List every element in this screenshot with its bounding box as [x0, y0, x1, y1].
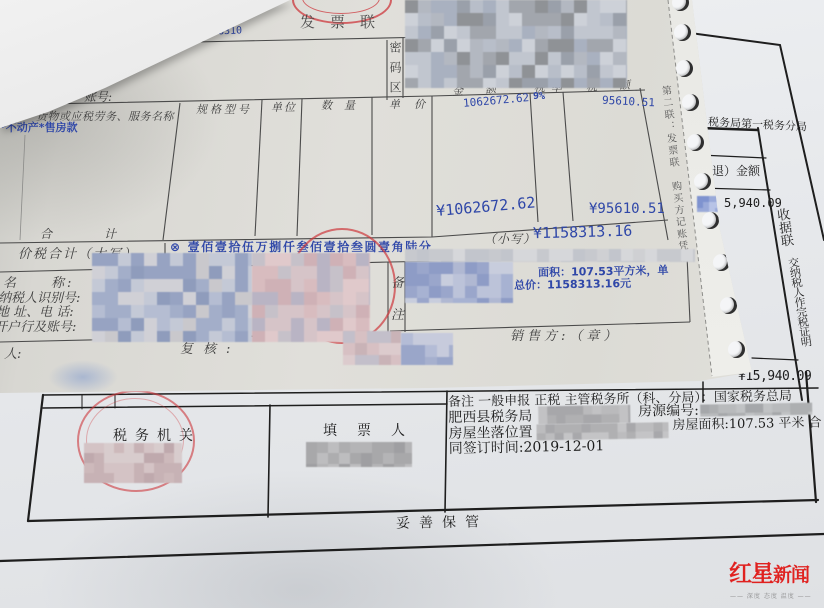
mosaic-tile	[183, 279, 196, 292]
mosaic-tile	[513, 249, 525, 261]
remarks-line-2: 总价：1158313.16元	[514, 278, 631, 291]
mosaic-tile	[561, 65, 574, 78]
mosaic-tile	[561, 249, 573, 261]
mosaic-tile	[465, 274, 477, 286]
mosaic-tile	[522, 78, 535, 88]
mosaic-tile	[304, 318, 317, 331]
mosaic-tile	[587, 26, 600, 39]
mosaic-tile	[429, 298, 441, 303]
mosaic-tile	[644, 422, 653, 431]
mosaic-tile	[209, 253, 222, 266]
mosaic-tile	[583, 414, 592, 423]
ink-smudge	[48, 360, 118, 394]
mosaic-tile	[574, 78, 587, 88]
mosaic-tile	[131, 292, 144, 305]
mosaic-tile	[808, 403, 812, 412]
mosaic-tile	[304, 266, 317, 279]
mosaic-tile	[444, 52, 457, 65]
mosaic-tile	[587, 52, 600, 65]
mosaic-tile	[317, 292, 330, 305]
mosaic-tile	[600, 65, 613, 78]
mosaic-tile	[330, 266, 343, 279]
mosaic-tile	[235, 331, 248, 342]
mosaic-tile	[609, 432, 618, 440]
mosaic-tile	[574, 0, 587, 13]
mosaic-tile	[170, 253, 183, 266]
mosaic-tile	[431, 26, 444, 39]
mosaic-tile	[587, 39, 600, 52]
mosaic-tile	[626, 39, 627, 52]
mosaic-tile	[626, 78, 627, 88]
mosaic-tile	[465, 286, 477, 298]
mosaic-tile	[457, 26, 470, 39]
mosaic-tile	[561, 26, 574, 39]
mosaic-tile	[417, 286, 429, 298]
mosaic-tile	[330, 318, 343, 331]
mosaic-tile	[636, 432, 645, 441]
mosaic-tile	[144, 318, 157, 331]
mosaic-tile	[183, 266, 196, 279]
mosaic-tile	[304, 253, 317, 266]
remarks-label-2: 注	[391, 309, 404, 322]
col-spec: 规格型号	[196, 104, 252, 115]
mosaic-tile	[561, 39, 574, 52]
mosaic-tile	[92, 266, 105, 279]
mosaic-tile	[369, 279, 370, 292]
mosaic-tile	[535, 65, 548, 78]
mosaic-tile	[657, 249, 669, 261]
mosaic-tile	[369, 305, 370, 318]
mosaic-tile	[574, 26, 587, 39]
mosaic-tile	[405, 78, 418, 88]
mosaic-tile	[330, 331, 343, 342]
mosaic-tile	[252, 266, 265, 279]
mosaic-tile	[144, 292, 157, 305]
mosaic-tile	[601, 405, 610, 414]
mosaic-tile	[587, 0, 600, 13]
mosaic-tile	[790, 403, 799, 412]
buyer-account-label: 账号:	[84, 91, 112, 103]
mosaic-tile	[222, 331, 235, 342]
mosaic-tile	[317, 331, 330, 342]
mosaic-tile	[183, 318, 196, 331]
mosaic-tile	[613, 65, 626, 78]
mosaic-tile	[574, 52, 587, 65]
mosaic-tile	[170, 292, 183, 305]
remarks-line-2-prefix: 肥西县税务局	[448, 410, 532, 425]
mosaic-tile	[585, 249, 597, 261]
mosaic-tile	[718, 413, 727, 416]
mosaic-tile	[587, 13, 600, 26]
mosaic-tile	[501, 274, 513, 286]
mosaic-tile	[573, 249, 585, 261]
mosaic-tile	[183, 331, 196, 342]
mosaic-tile	[304, 331, 317, 342]
mosaic-tile	[413, 333, 425, 345]
mosaic-tile	[548, 52, 561, 65]
mosaic-tile	[144, 305, 157, 318]
mosaic-tile	[196, 318, 209, 331]
mosaic-tile	[265, 253, 278, 266]
mosaic-tile	[489, 274, 501, 286]
mosaic-tile	[144, 331, 157, 342]
mosaic-tile	[549, 249, 561, 261]
mosaic-tile	[565, 406, 574, 415]
mosaic-tile	[609, 249, 621, 261]
mosaic-tile	[157, 292, 170, 305]
mosaic-tile	[457, 65, 470, 78]
mosaic-tile	[170, 331, 183, 342]
mosaic-tile	[477, 262, 489, 274]
mosaic-tile	[401, 333, 413, 345]
mosaic-tile	[601, 414, 610, 423]
mosaic-tile	[265, 331, 278, 342]
mosaic-tile	[574, 13, 587, 26]
mosaic-tile	[278, 318, 291, 331]
mosaic-tile	[681, 261, 693, 262]
mosaic-tile	[235, 253, 248, 266]
mosaic-tile	[522, 13, 535, 26]
mosaic-tile	[470, 26, 483, 39]
mosaic-tile	[196, 292, 209, 305]
mosaic-tile	[209, 305, 222, 318]
mosaic-tile	[343, 318, 356, 331]
mosaic-tile	[413, 357, 425, 365]
mosaic-tile	[317, 305, 330, 318]
mosaic-tile	[431, 0, 444, 13]
mosaic-tile	[496, 78, 509, 88]
mosaic-tile	[369, 253, 370, 266]
mosaic-tile	[483, 78, 496, 88]
mosaic-tile	[222, 279, 235, 292]
mosaic-tile	[330, 292, 343, 305]
mosaic-tile	[356, 292, 369, 305]
mosaic-tile	[235, 305, 248, 318]
mosaic-tile	[418, 26, 431, 39]
mosaic-tile	[401, 345, 413, 357]
mosaic-tile	[418, 78, 431, 88]
mosaic-tile	[235, 292, 248, 305]
mosaic-tile	[509, 65, 522, 78]
mosaic-tile	[763, 403, 772, 412]
mosaic-tile	[501, 262, 513, 274]
mosaic-tile	[545, 424, 554, 433]
mosaic-tile	[157, 318, 170, 331]
mosaic-tile	[330, 305, 343, 318]
mosaic-tile	[509, 78, 522, 88]
seller-tax-id-label: 纳税人识别号:	[0, 292, 80, 305]
mosaic-tile	[118, 318, 131, 331]
mosaic-tile	[356, 279, 369, 292]
mosaic-tile	[496, 0, 509, 13]
mosaic-tile	[418, 13, 431, 26]
mosaic-tile	[278, 331, 291, 342]
reviewer-label: 复核:	[180, 343, 240, 356]
mosaic-tile	[489, 262, 501, 274]
mosaic-tile	[369, 292, 370, 305]
mosaic-tile	[470, 52, 483, 65]
mosaic-tile	[548, 13, 561, 26]
perforation-hole	[682, 94, 699, 111]
mosaic-tile	[405, 274, 417, 286]
mosaic-tile	[457, 0, 470, 13]
mosaic-tile	[92, 318, 105, 331]
mosaic-tile	[291, 305, 304, 318]
mosaic-tile	[431, 39, 444, 52]
invoice-copy-label: 发票联	[300, 15, 390, 30]
mosaic-tile	[391, 355, 401, 365]
mosaic-tile	[405, 286, 417, 298]
mosaic-tile	[537, 249, 549, 261]
mosaic-tile	[626, 65, 627, 78]
mosaic-tile	[431, 13, 444, 26]
mosaic-tile	[548, 65, 561, 78]
keep-safe-label: 妥善保管	[396, 515, 488, 531]
mosaic-tile	[618, 432, 627, 441]
mosaic-tile	[405, 39, 418, 52]
mosaic-tile	[417, 298, 429, 303]
invoice-number: 88310	[212, 26, 242, 37]
mosaic-tile	[105, 279, 118, 292]
mosaic-tile	[405, 249, 417, 261]
mosaic-tile	[278, 266, 291, 279]
mosaic-tile	[574, 406, 583, 415]
mosaic-tile	[131, 253, 144, 266]
mosaic-tile	[209, 331, 222, 342]
mosaic-tile	[405, 26, 418, 39]
mosaic-tile	[431, 78, 444, 88]
mosaic-tile	[252, 292, 265, 305]
mosaic-tile	[626, 26, 627, 39]
mosaic-tile	[252, 305, 265, 318]
mosaic-tile	[489, 286, 501, 298]
mosaic-tile	[535, 26, 548, 39]
mosaic-tile	[538, 415, 547, 424]
mosaic-tile	[610, 405, 619, 414]
mosaic-tile	[613, 13, 626, 26]
mosaic-tile	[449, 357, 453, 365]
mosaic-tile	[317, 318, 330, 331]
mosaic-tile	[196, 266, 209, 279]
redacted-remarks-band	[405, 249, 695, 262]
mosaic-tile	[444, 39, 457, 52]
mosaic-tile	[525, 261, 537, 262]
mosaic-tile	[144, 253, 157, 266]
mosaic-tile	[745, 404, 754, 413]
mosaic-tile	[583, 405, 592, 414]
mosaic-tile	[621, 249, 633, 261]
mosaic-tile	[457, 13, 470, 26]
mosaic-tile	[470, 65, 483, 78]
mosaic-tile	[222, 292, 235, 305]
subtotal-label: 合计	[40, 228, 168, 240]
col-unit-price: 单价	[389, 99, 439, 110]
mosaic-tile	[772, 403, 781, 412]
mosaic-tile	[118, 253, 131, 266]
mosaic-tile	[356, 266, 369, 279]
item-name: *不动产*售房款	[0, 122, 78, 133]
mosaic-tile	[278, 253, 291, 266]
mosaic-tile	[535, 13, 548, 26]
perforation-hole	[676, 60, 693, 77]
mosaic-tile	[252, 318, 265, 331]
mosaic-tile	[330, 253, 343, 266]
mosaic-tile	[183, 292, 196, 305]
mosaic-tile	[599, 423, 608, 432]
mosaic-tile	[548, 78, 561, 88]
issuer-label: 人:	[4, 348, 21, 361]
mosaic-tile	[613, 0, 626, 13]
mosaic-tile	[118, 305, 131, 318]
mosaic-tile	[470, 78, 483, 88]
mosaic-tile	[317, 279, 330, 292]
mosaic-tile	[444, 13, 457, 26]
mosaic-tile	[343, 292, 356, 305]
total-lowercase-label: （小写）	[484, 233, 536, 245]
mosaic-tile	[367, 343, 379, 355]
mosaic-tile	[561, 78, 574, 88]
mosaic-tile	[265, 292, 278, 305]
mosaic-tile	[587, 65, 600, 78]
mosaic-tile	[437, 333, 449, 345]
mosaic-tile	[592, 414, 601, 423]
mosaic-tile	[645, 261, 657, 262]
mosaic-tile	[144, 266, 157, 279]
mosaic-tile	[355, 355, 367, 365]
mosaic-tile	[425, 333, 437, 345]
mosaic-tile	[449, 345, 453, 357]
perforation-hole	[694, 173, 711, 190]
password-area-label: 密码区	[389, 41, 401, 101]
mosaic-tile	[574, 39, 587, 52]
mosaic-tile	[157, 279, 170, 292]
redacted-seller-info	[92, 253, 252, 342]
mosaic-tile	[291, 292, 304, 305]
mosaic-tile	[291, 331, 304, 342]
mosaic-tile	[483, 26, 496, 39]
mosaic-tile	[600, 78, 613, 88]
mosaic-tile	[509, 52, 522, 65]
mosaic-tile	[429, 286, 441, 298]
redacted-seller-info-2	[252, 253, 370, 342]
mosaic-tile	[118, 331, 131, 342]
seller-address-label: 地 址、电 话:	[0, 306, 74, 319]
mosaic-tile	[252, 279, 265, 292]
mosaic-tile	[662, 422, 668, 431]
mosaic-tile	[209, 292, 222, 305]
mosaic-tile	[483, 52, 496, 65]
mosaic-tile	[105, 305, 118, 318]
mosaic-tile	[330, 279, 343, 292]
mosaic-tile	[418, 65, 431, 78]
mosaic-tile	[645, 249, 657, 261]
mosaic-tile	[547, 406, 556, 415]
mosaic-tile	[654, 431, 663, 440]
mosaic-tile	[343, 331, 355, 343]
mosaic-tile	[535, 78, 548, 88]
mosaic-tile	[628, 405, 630, 414]
mosaic-tile	[105, 266, 118, 279]
perforation-hole	[728, 341, 745, 358]
mosaic-tile	[401, 357, 413, 365]
mosaic-tile	[736, 404, 745, 413]
mosaic-tile	[477, 286, 489, 298]
perforation-hole	[687, 134, 704, 151]
mosaic-tile	[563, 424, 572, 433]
mosaic-tile	[709, 404, 718, 413]
mosaic-tile	[291, 253, 304, 266]
mosaic-tile	[477, 249, 489, 261]
mosaic-tile	[278, 279, 291, 292]
mosaic-tile	[222, 253, 235, 266]
mosaic-tile	[131, 318, 144, 331]
mosaic-tile	[317, 266, 330, 279]
mosaic-tile	[496, 13, 509, 26]
mosaic-tile	[209, 279, 222, 292]
mosaic-tile	[429, 262, 441, 274]
mosaic-tile	[509, 0, 522, 13]
mosaic-tile	[379, 355, 391, 365]
mosaic-tile	[453, 274, 465, 286]
mosaic-tile	[626, 52, 627, 65]
mosaic-tile	[105, 318, 118, 331]
mosaic-tile	[118, 266, 131, 279]
mosaic-tile	[131, 331, 144, 342]
total-lowercase: ¥1158313.16	[533, 224, 633, 242]
mosaic-tile	[709, 413, 718, 416]
mosaic-tile	[600, 13, 613, 26]
mosaic-tile	[548, 0, 561, 13]
mosaic-tile	[367, 331, 379, 343]
mosaic-tile	[597, 261, 609, 262]
mosaic-tile	[355, 343, 367, 355]
mosaic-tile	[496, 26, 509, 39]
mosaic-tile	[405, 262, 417, 274]
mosaic-tile	[222, 266, 235, 279]
mosaic-tile	[291, 318, 304, 331]
mosaic-tile	[118, 279, 131, 292]
mosaic-tile	[645, 431, 654, 440]
item-tax-rate: 9%	[533, 92, 545, 102]
mosaic-tile	[549, 261, 561, 262]
seller-seal-label: 销售方:（章）	[510, 330, 620, 343]
redacted-reviewer-2	[401, 333, 453, 365]
mosaic-tile	[700, 413, 709, 416]
remarks-line-2-field: 房源编号:	[638, 404, 699, 419]
mosaic-tile	[343, 279, 356, 292]
mosaic-tile	[418, 39, 431, 52]
mosaic-tile	[453, 249, 465, 261]
mosaic-tile	[556, 415, 565, 424]
mosaic-tile	[369, 266, 370, 279]
mosaic-tile	[356, 253, 369, 266]
mosaic-tile	[509, 13, 522, 26]
col-unit: 单位	[271, 102, 297, 113]
mosaic-tile	[391, 331, 401, 343]
mosaic-tile	[369, 318, 370, 331]
mosaic-tile	[535, 39, 548, 52]
mosaic-tile	[291, 279, 304, 292]
mosaic-tile	[92, 292, 105, 305]
mosaic-tile	[781, 403, 790, 412]
mosaic-tile	[265, 305, 278, 318]
mosaic-tile	[465, 262, 477, 274]
mosaic-tile	[105, 253, 118, 266]
mosaic-tile	[565, 415, 574, 424]
mosaic-tile	[356, 318, 369, 331]
mosaic-tile	[437, 345, 449, 357]
mosaic-tile	[437, 357, 449, 365]
